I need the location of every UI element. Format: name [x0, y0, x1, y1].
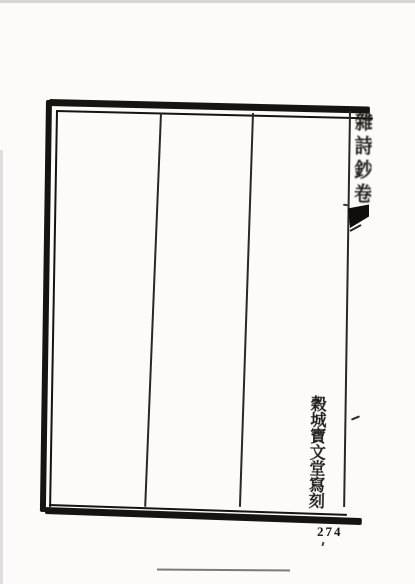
scan-edge-top	[0, 0, 415, 3]
banxin-mid-dash	[350, 415, 359, 420]
publisher-colophon: 穀城寶文堂寫刻	[303, 395, 327, 513]
scanned-book-page: 雜詩鈔卷 穀城寶文堂寫刻 274	[0, 0, 415, 584]
scan-artifact-line	[157, 569, 290, 572]
column-divider-2	[239, 113, 254, 507]
scan-edge-left	[0, 150, 3, 584]
banxin-boundary-line	[343, 111, 350, 507]
page-number: 274	[317, 524, 343, 540]
ink-speck	[322, 541, 325, 545]
banxin-title: 雜詩鈔卷	[350, 111, 372, 213]
column-divider-1	[144, 113, 161, 507]
fishtail-left-dash	[342, 203, 348, 206]
